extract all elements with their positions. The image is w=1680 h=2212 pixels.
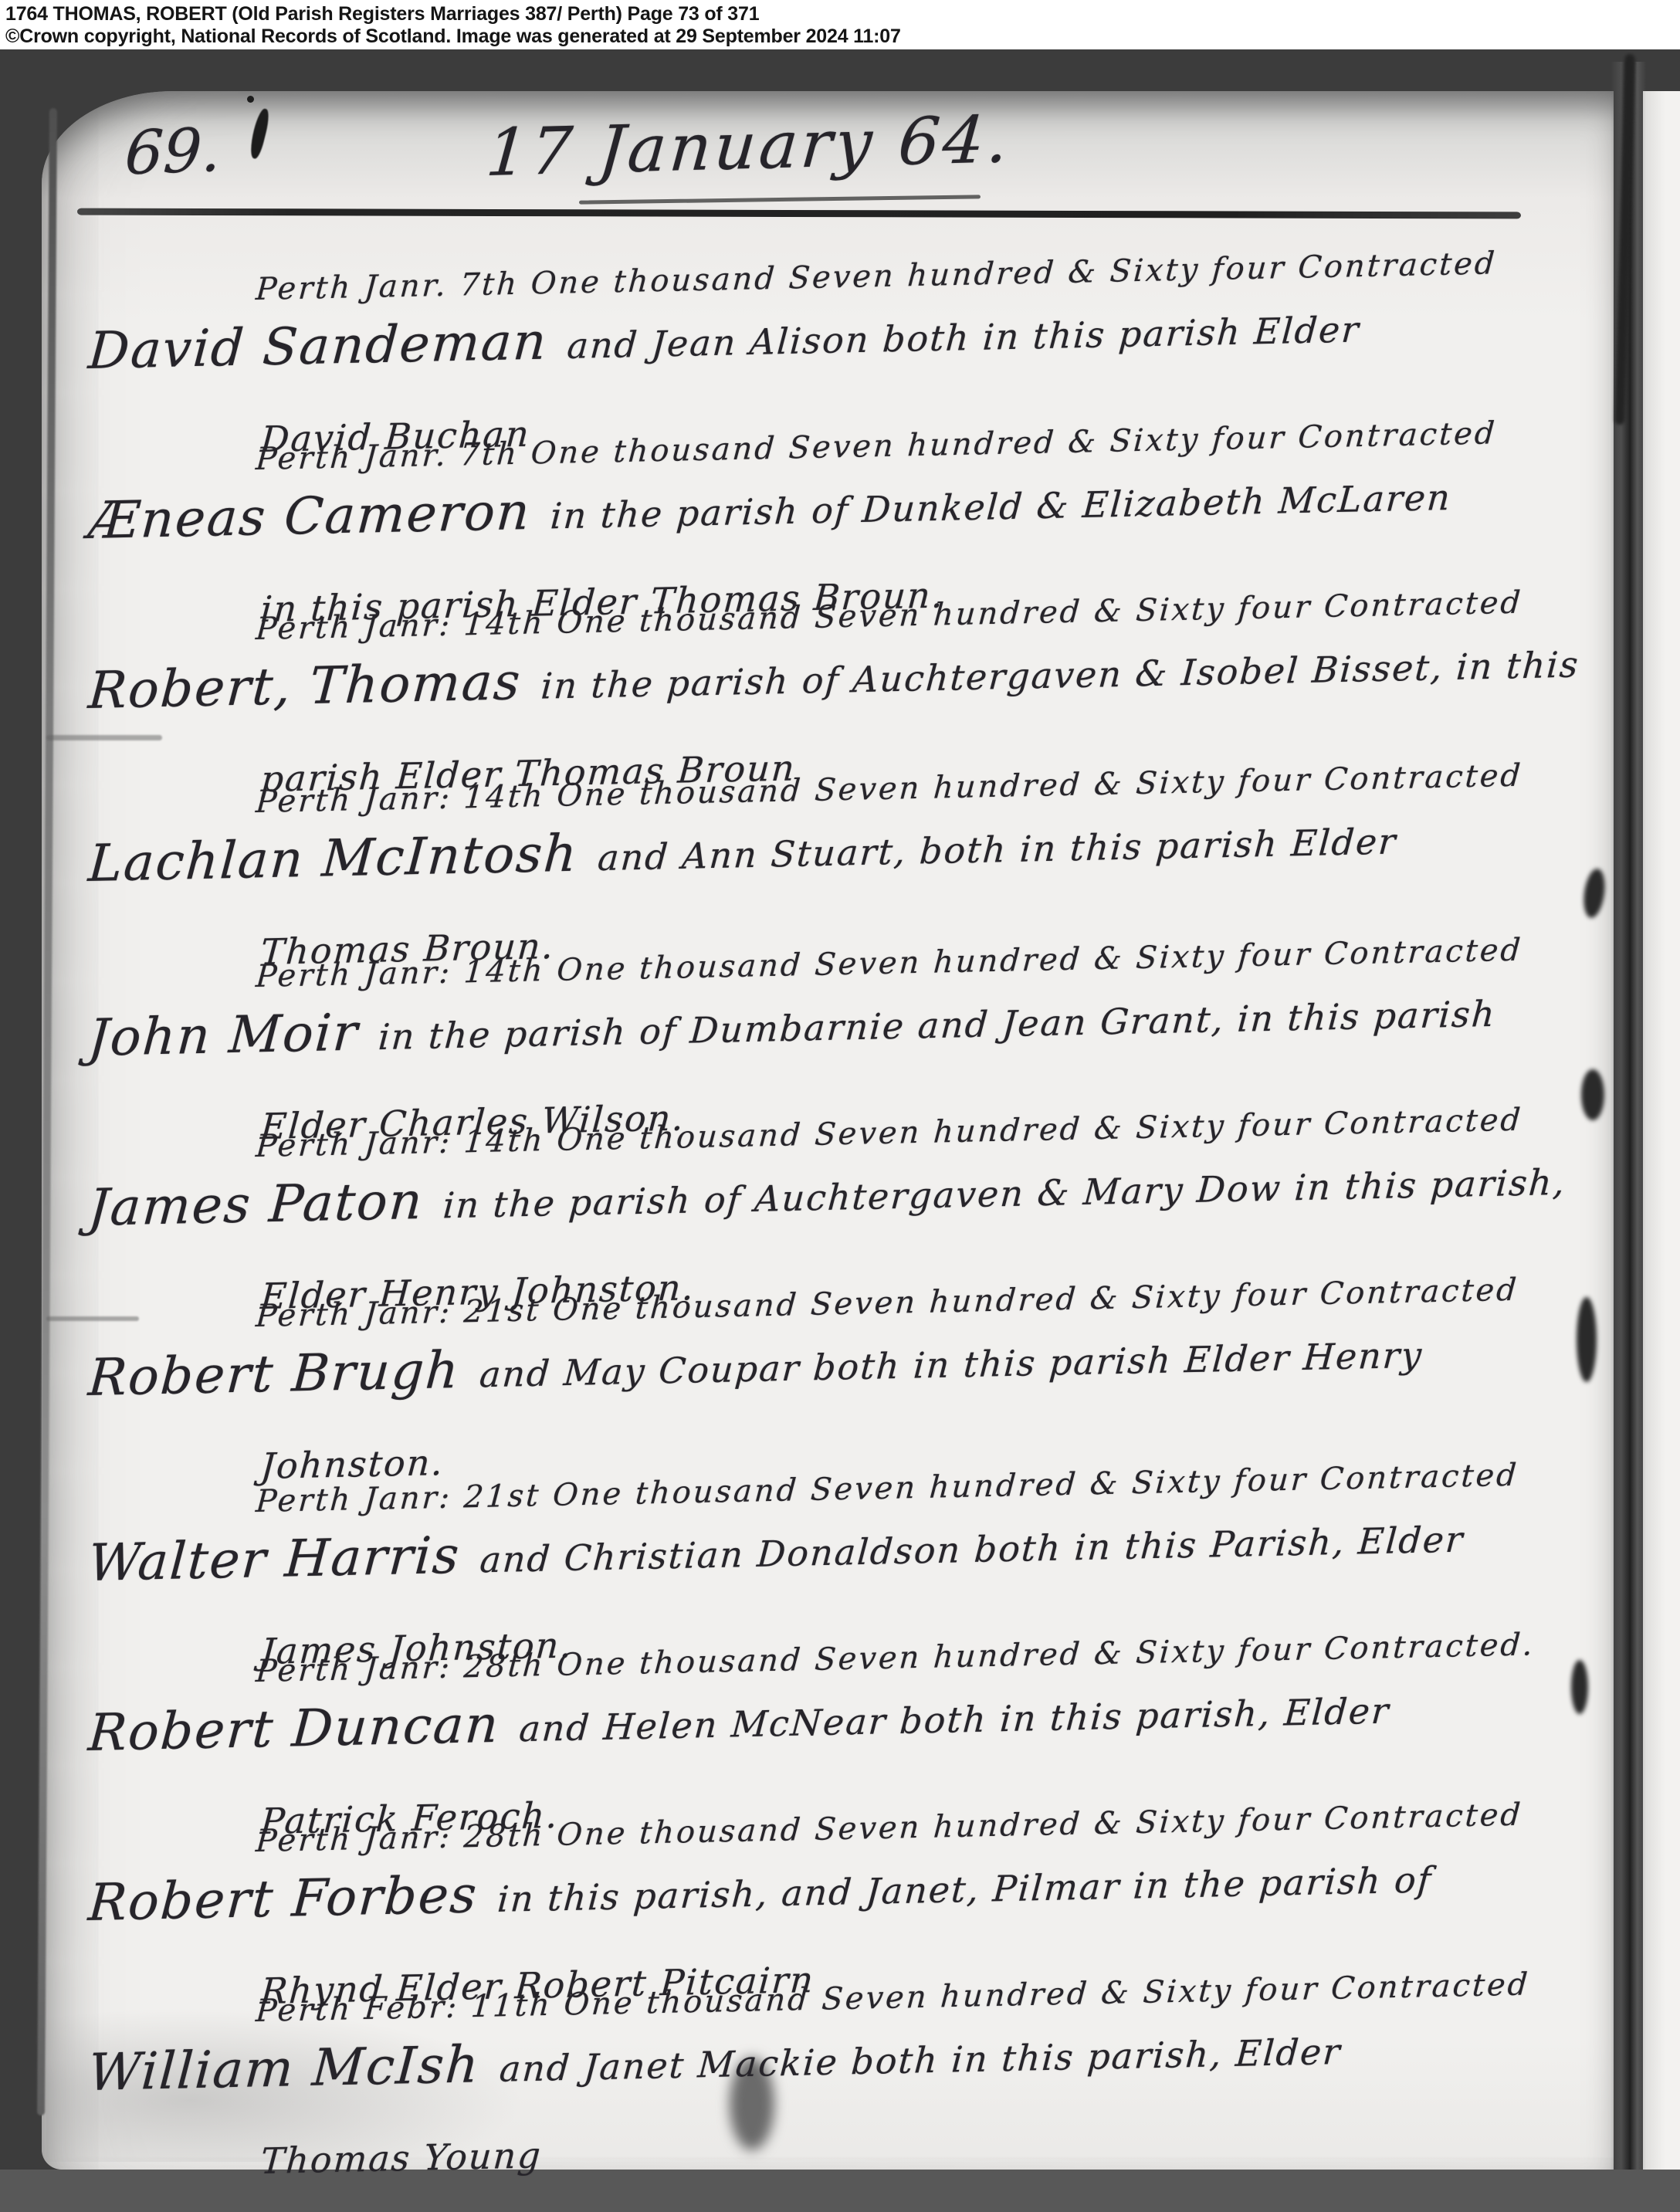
entry-detail-text: and Ann Stuart, both in this parish Elde… [597, 820, 1399, 879]
entry-detail-text: in the parish of Dunkeld & Elizabeth McL… [549, 476, 1452, 537]
entry-detail-text: and Jean Alison both in this parish Elde… [566, 308, 1361, 367]
page-heading: 17 January 64. [483, 101, 1014, 191]
entry-groom-name: Lachlan McIntosh [86, 824, 580, 893]
entry-detail-text: and Helen McNear both in this parish, El… [518, 1690, 1391, 1750]
entry-detail-text: and Janet Mackie both in this parish, El… [498, 2031, 1343, 2090]
entry-detail-text: in this parish, and Janet, Pilmar in the… [496, 1858, 1434, 1919]
entry-detail-text: in the parish of Dumbarnie and Jean Gran… [377, 993, 1497, 1058]
heading-underline [579, 195, 981, 204]
entry-groom-name: James Paton [86, 1171, 425, 1238]
entry-main-line: Robert Duncanand Helen McNear both in th… [86, 1676, 1392, 1763]
copyright-notice: ©Crown copyright, National Records of Sc… [5, 25, 901, 48]
register-entry: Perth Janr: 21st One thousand Seven hund… [0, 1299, 1680, 1476]
handwritten-register-content: 69. 17 January 64. Perth Janr. 7th One t… [0, 0, 1680, 2212]
entry-groom-name: Robert Duncan [86, 1695, 502, 1763]
entry-main-line: David Sandemanand Jean Alison both in th… [86, 294, 1362, 381]
entry-detail-text: and May Coupar both in this parish Elder… [478, 1334, 1424, 1396]
record-title: 1764 THOMAS, ROBERT (Old Parish Register… [5, 3, 759, 25]
entry-groom-name: Æneas Cameron [86, 482, 533, 550]
entry-groom-name: William McIsh [86, 2034, 482, 2102]
entry-groom-name: Robert Brugh [86, 1340, 462, 1407]
entry-groom-name: John Moir [86, 1003, 361, 1068]
page-number: 69. [124, 116, 223, 189]
horizontal-rule [77, 208, 1521, 219]
entry-groom-name: Robert Forbes [86, 1865, 479, 1933]
entry-detail-text: and Christian Donaldson both in this Par… [479, 1519, 1465, 1581]
entry-main-line: William McIshand Janet Mackie both in th… [86, 2017, 1343, 2102]
entry-detail-text: in the parish of Auchtergaven & Mary Dow… [442, 1161, 1567, 1227]
entry-continuation-line: Thomas Young [259, 2134, 544, 2182]
image-metadata-header: 1764 THOMAS, ROBERT (Old Parish Register… [0, 0, 1680, 49]
entry-groom-name: Robert, Thomas [86, 652, 523, 720]
register-entry: Perth Febr: 11th One thousand Seven hund… [0, 1994, 1680, 2171]
entry-groom-name: David Sandeman [86, 311, 550, 381]
entry-groom-name: Walter Harris [86, 1526, 462, 1593]
entry-detail-text: in the parish of Auchtergaven & Isobel B… [540, 643, 1580, 706]
entry-main-line: Lachlan McIntoshand Ann Stuart, both in … [86, 806, 1399, 893]
